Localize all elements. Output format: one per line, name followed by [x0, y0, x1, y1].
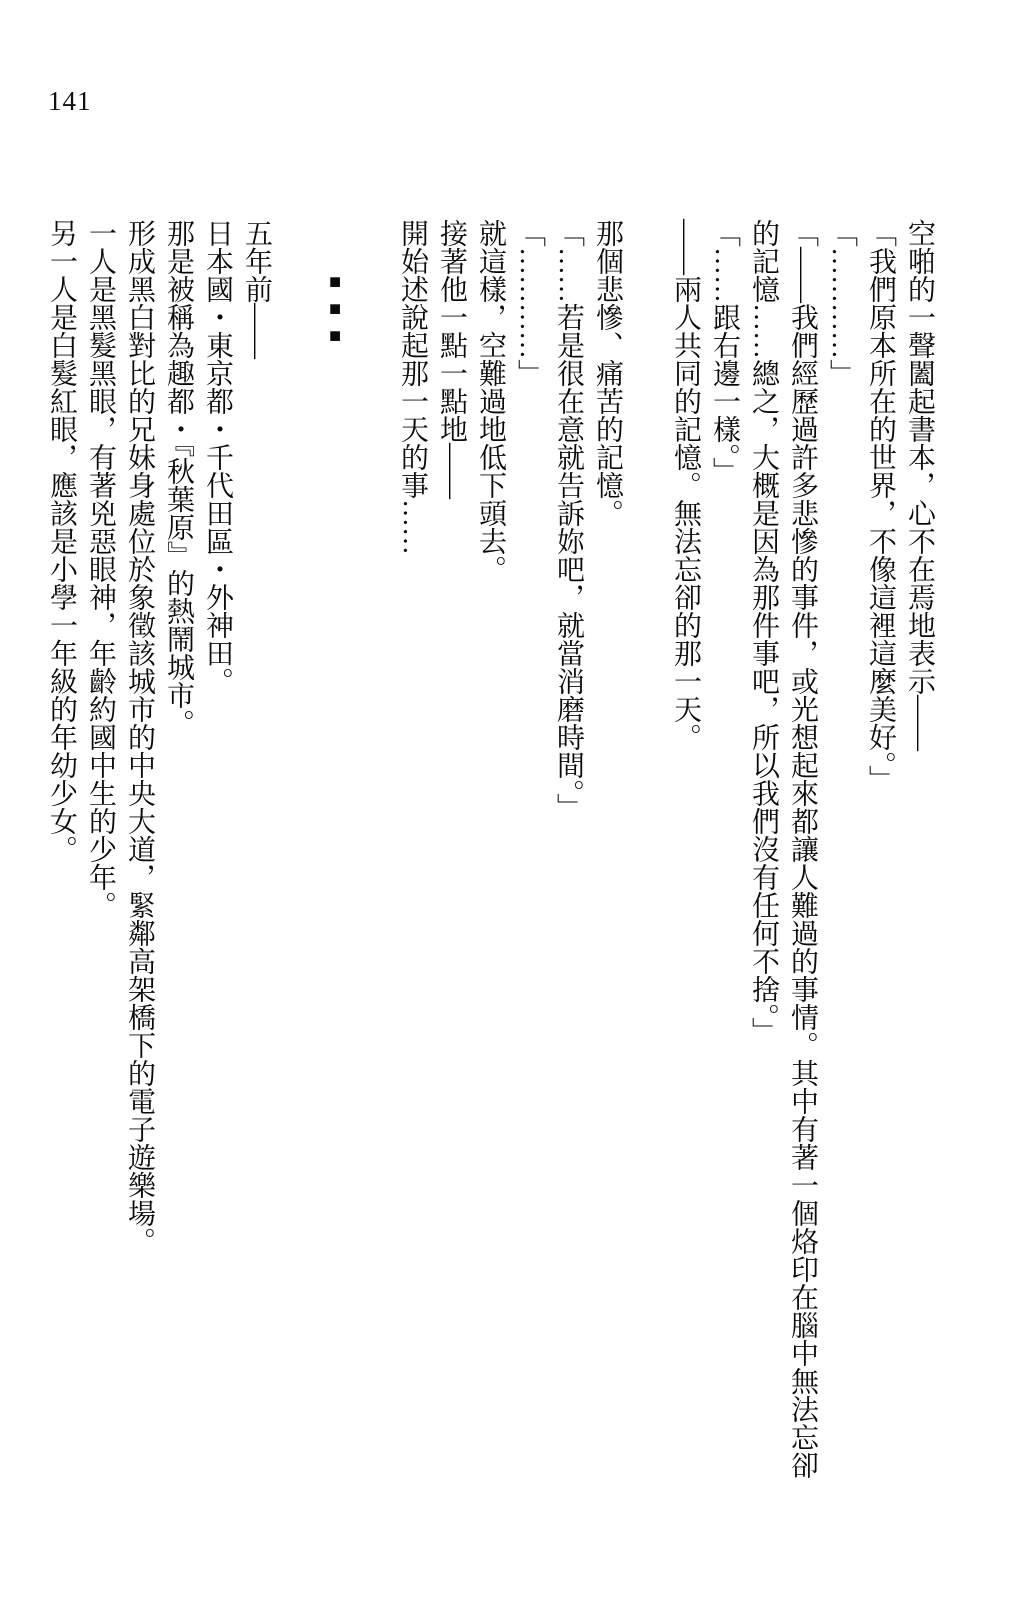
- paragraph-8: 「……若是很在意就告訴妳吧，就當消磨時間。」: [549, 219, 588, 1491]
- section-divider: ■■■: [315, 219, 354, 1491]
- paragraph-15: 日本國・東京都・千代田區・外神田。: [198, 219, 237, 1491]
- paragraph-9: 「…………」: [510, 219, 549, 1491]
- paragraph-14: 五年前——: [237, 219, 276, 1491]
- paragraph-5: 「……跟右邊一樣。」: [705, 219, 744, 1491]
- text-block: 空啪的一聲闔起書本，心不在焉地表示——「我們原本所在的世界，不像這裡這麼美好。」…: [42, 219, 939, 1491]
- paragraph-3: 「…………」: [822, 219, 861, 1491]
- paragraph-2: 「我們原本所在的世界，不像這裡這麼美好。」: [861, 219, 900, 1491]
- paragraph-4: 「——我們經歷過許多悲慘的事件，或光想起來都讓人難過的事情。其中有著一個烙印在腦…: [744, 219, 822, 1491]
- paragraph-1: 空啪的一聲闔起書本，心不在焉地表示——: [900, 219, 939, 1491]
- page-number: 141: [48, 86, 92, 117]
- paragraph-12: 開始述說起那一天的事……: [393, 219, 432, 1491]
- paragraph-18: 一人是黑髮黑眼，有著兇惡眼神，年齡約國中生的少年。: [81, 219, 120, 1491]
- paragraph-11: 接著他一點一點地——: [432, 219, 471, 1491]
- paragraph-6: ——兩人共同的記憶。無法忘卻的那一天。: [666, 219, 705, 1491]
- paragraph-19: 另一人是白髮紅眼，應該是小學一年級的年幼少女。: [42, 219, 81, 1491]
- paragraph-17: 形成黑白對比的兄妹身處位於象徵該城市的中央大道，緊鄰高架橋下的電子遊樂場。: [120, 219, 159, 1491]
- paragraph-10: 就這樣，空難過地低下頭去。: [471, 219, 510, 1491]
- paragraph-16: 那是被稱為趣都・『秋葉原』的熱鬧城市。: [159, 219, 198, 1491]
- paragraph-7: 那個悲慘、痛苦的記憶。: [588, 219, 627, 1491]
